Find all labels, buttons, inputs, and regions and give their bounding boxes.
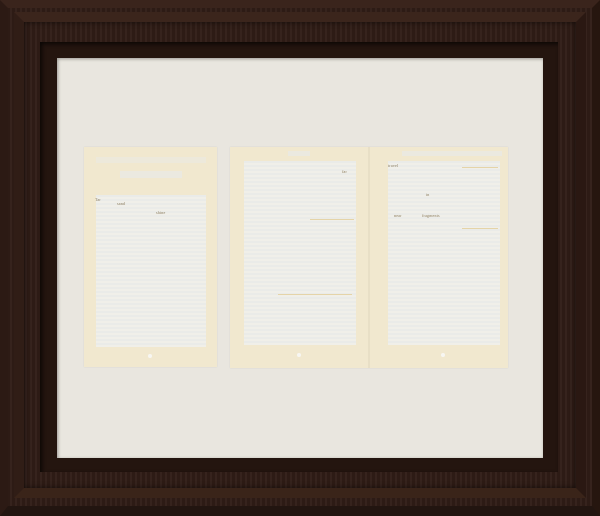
left-page-text-erased [96,195,206,347]
right-page-underline [462,167,498,168]
right-page-heading-erased [402,151,502,156]
left-page: Tar sand shine [84,147,217,367]
right-page-folio [441,353,445,357]
visible-word: near [394,214,402,218]
left-page-folio [148,354,152,358]
visible-word: travel [388,164,398,168]
visible-word: far [342,170,347,174]
visible-word: fragments [422,214,440,218]
left-page-title-erased [96,157,206,163]
center-page-text-erased [244,161,356,345]
spread-gutter [368,147,370,368]
left-page-heading-erased [120,171,182,178]
center-page-underline [310,219,354,220]
visible-word: sand [117,202,125,206]
visible-word: in [426,193,430,197]
mat-board: Tar sand shine far travel in near fragme… [57,58,543,458]
spread: far travel in near fragments [230,147,508,368]
visible-word: Tar [95,198,101,202]
right-page-underline [462,228,498,229]
center-page-folio [297,353,301,357]
picture-frame: Tar sand shine far travel in near fragme… [0,0,600,516]
center-page-underline [278,294,352,295]
right-page-text-erased [388,161,500,345]
center-page-heading-erased [288,151,310,156]
visible-word: shine [156,211,165,215]
